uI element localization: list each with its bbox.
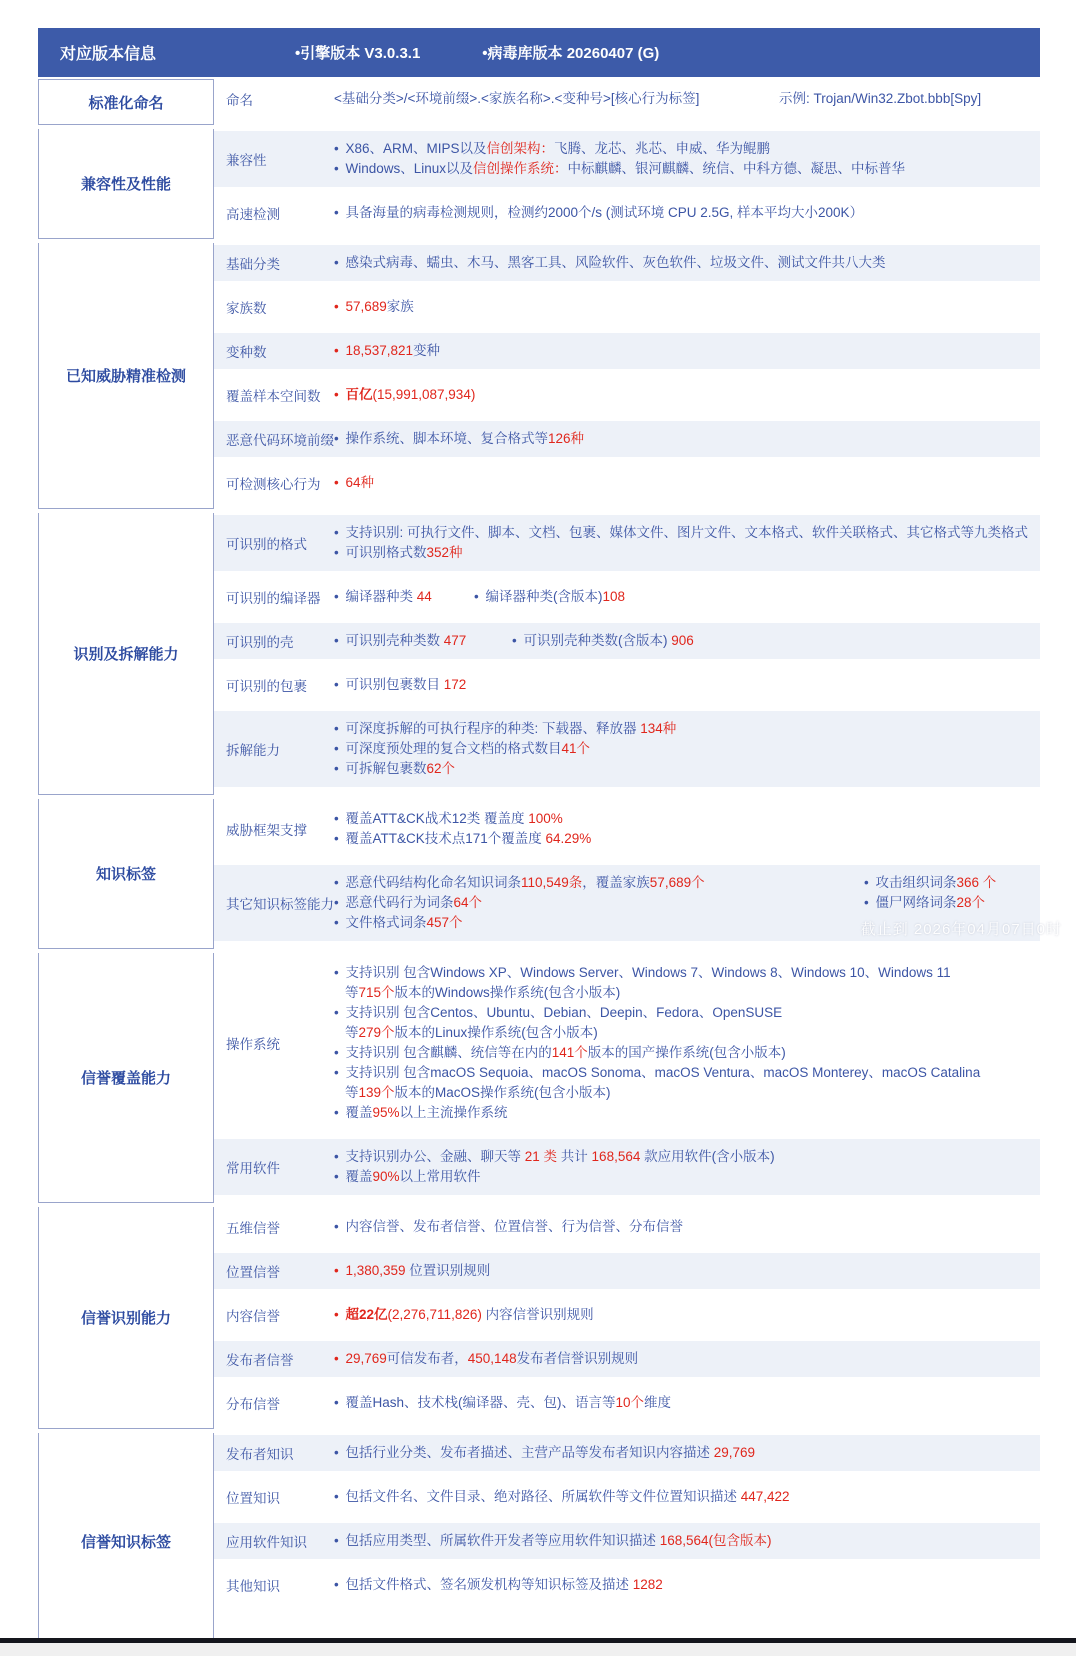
- spec-row: 位置知识• 包括文件名、文件目录、绝对路径、所属软件等文件位置知识描述 447,…: [214, 1479, 1040, 1515]
- bullet-icon: •: [864, 895, 872, 910]
- spec-line: • 可拆解包裹数62个: [334, 759, 1040, 779]
- spec-item: • 支持识别 包含macOS Sequoia、macOS Sonoma、macO…: [334, 1063, 980, 1083]
- text-segment: 操作系统、脚本环境、复合格式等: [345, 431, 548, 446]
- text-segment: 攻击组织词条: [875, 875, 956, 890]
- bullet-icon: •: [512, 633, 520, 648]
- spec-line: • 内容信誉、发布者信誉、位置信誉、行为信誉、分布信誉: [334, 1217, 1040, 1237]
- text-segment: 支持识别办公、金融、聊天等: [345, 1149, 524, 1164]
- row-label: 五维信誉: [214, 1217, 334, 1237]
- row-label: 可识别的包裹: [214, 675, 334, 695]
- bullet-icon: •: [334, 589, 342, 604]
- bullet-icon: •: [334, 1105, 342, 1120]
- section-rows: 操作系统• 支持识别 包含Windows XP、Windows Server、W…: [214, 953, 1040, 1203]
- text-segment: 内容信誉、发布者信誉、位置信誉、行为信誉、分布信誉: [345, 1219, 683, 1234]
- section-label: 标准化命名: [38, 79, 214, 125]
- spec-row: 其他知识• 包括文件格式、签名颁发机构等知识标签及描述 1282: [214, 1567, 1040, 1603]
- text-segment: 可识别格式数: [345, 545, 426, 560]
- row-content: • 感染式病毒、蠕虫、木马、黑客工具、风险软件、灰色软件、垃圾文件、测试文件共八…: [334, 253, 1040, 273]
- text-segment: 64.29%: [546, 831, 592, 846]
- row-content: • 18,537,821变种: [334, 341, 1040, 361]
- text-segment: 版本的Windows操作系统(包含小版本): [395, 985, 621, 1000]
- text-segment: 僵尸网络词条: [875, 895, 956, 910]
- spec-item: 等715个版本的Windows操作系统(包含小版本): [334, 983, 620, 1003]
- row-content: • 百亿(15,991,087,934): [334, 385, 1040, 405]
- text-segment: 包括应用类型、所属软件开发者等应用软件知识描述: [345, 1533, 659, 1548]
- text-segment: 168,564: [592, 1149, 641, 1164]
- spec-item: • 覆盖Hash、技术栈(编译器、壳、包)、语言等10个维度: [334, 1393, 671, 1413]
- spec-item: 示例: Trojan/Win32.Zbot.bbb[Spy]: [779, 89, 981, 109]
- text-segment: 41个: [561, 741, 590, 756]
- section-知识标签: 知识标签威胁框架支撑• 覆盖ATT&CK战术12类 覆盖度 100%• 覆盖AT…: [38, 797, 1040, 951]
- spec-item: • 包括应用类型、所属软件开发者等应用软件知识描述 168,564(包含版本): [334, 1531, 772, 1551]
- spec-line: • 包括文件格式、签名颁发机构等知识标签及描述 1282: [334, 1575, 1040, 1595]
- text-segment: 恶意代码行为词条: [345, 895, 453, 910]
- text-segment: 90%: [372, 1169, 399, 1184]
- bullet-icon: •: [334, 141, 342, 156]
- text-segment: 支持识别: 可执行文件、脚本、文档、包裹、媒体文件、图片文件、文本格式、软件关联…: [345, 525, 1028, 540]
- spec-line: • 恶意代码行为词条64个• 僵尸网络词条28个: [334, 893, 1040, 913]
- spec-row: 其它知识标签能力• 恶意代码结构化命名知识词条110,549条，覆盖家族57,6…: [214, 865, 1040, 941]
- spec-line: 等279个版本的Linux操作系统(包含小版本): [334, 1023, 1040, 1043]
- text-segment: 包括文件格式、签名颁发机构等知识标签及描述: [345, 1577, 632, 1592]
- row-label: 可识别的编译器: [214, 587, 334, 607]
- bullet-icon: •: [864, 875, 872, 890]
- text-segment: 信创架构：: [487, 141, 555, 156]
- text-segment: 覆盖Hash、技术栈(编译器、壳、包)、语言等: [345, 1395, 615, 1410]
- text-segment: 飞腾、龙芯、兆芯、申威、华为鲲鹏: [554, 141, 770, 156]
- text-segment: 64种: [345, 475, 374, 490]
- bullet-icon: •: [334, 387, 342, 402]
- section-rows: 命名<基础分类>/<环境前缀>.<家族名称>.<变种号>[核心行为标签]示例: …: [214, 79, 1040, 125]
- row-content: • 支持识别办公、金融、聊天等 21 类 共计 168,564 款应用软件(含小…: [334, 1147, 1040, 1187]
- spec-row: 命名<基础分类>/<环境前缀>.<家族名称>.<变种号>[核心行为标签]示例: …: [214, 81, 1040, 117]
- spec-row: 五维信誉• 内容信誉、发布者信誉、位置信誉、行为信誉、分布信誉: [214, 1209, 1040, 1245]
- text-segment: 366 个: [956, 875, 996, 890]
- text-segment: 110,549条: [521, 875, 582, 890]
- spec-row: 可识别的格式• 支持识别: 可执行文件、脚本、文档、包裹、媒体文件、图片文件、文…: [214, 515, 1040, 571]
- spec-table-body: 标准化命名命名<基础分类>/<环境前缀>.<家族名称>.<变种号>[核心行为标签…: [38, 77, 1040, 1653]
- spec-line: • 支持识别 包含Windows XP、Windows Server、Windo…: [334, 963, 1040, 983]
- section-信誉知识标签: 信誉知识标签发布者知识• 包括行业分类、发布者描述、主营产品等发布者知识内容描述…: [38, 1431, 1040, 1653]
- text-segment: 可识别壳种类数: [345, 633, 443, 648]
- spec-line: • 超22亿(2,276,711,826) 内容信誉识别规则: [334, 1305, 1040, 1325]
- virusdb-version-label: •病毒库版本 20260407 (G): [482, 42, 659, 63]
- bullet-icon: •: [334, 1307, 342, 1322]
- text-segment: 位置识别规则: [406, 1263, 491, 1278]
- bullet-icon: •: [334, 1533, 342, 1548]
- text-segment: 共计: [557, 1149, 592, 1164]
- spec-row: 可检测核心行为• 64种: [214, 465, 1040, 501]
- text-segment: 包括行业分类、发布者描述、主营产品等发布者知识内容描述: [345, 1445, 713, 1460]
- text-segment: 编译器种类: [345, 589, 416, 604]
- text-segment: 覆盖ATT&CK技术点171个覆盖度: [345, 831, 545, 846]
- spec-line: • 覆盖ATT&CK技术点171个覆盖度 64.29%: [334, 829, 1040, 849]
- bullet-icon: •: [334, 831, 342, 846]
- text-segment: 版本的Linux操作系统(包含小版本): [395, 1025, 598, 1040]
- spec-item: • 29,769可信发布者，450,148发布者信誉识别规则: [334, 1349, 638, 1369]
- spec-row: 高速检测• 具备海量的病毒检测规则，检测约2000个/s (测试环境 CPU 2…: [214, 195, 1040, 231]
- text-segment: 可识别包裹数目: [345, 677, 443, 692]
- bullet-icon: •: [334, 1489, 342, 1504]
- spec-line: • 64种: [334, 473, 1040, 493]
- spec-row: 发布者知识• 包括行业分类、发布者描述、主营产品等发布者知识内容描述 29,76…: [214, 1435, 1040, 1471]
- section-label: 识别及拆解能力: [38, 513, 214, 795]
- text-segment: 感染式病毒、蠕虫、木马、黑客工具、风险软件、灰色软件、垃圾文件、测试文件共八大类: [345, 255, 885, 270]
- row-content: <基础分类>/<环境前缀>.<家族名称>.<变种号>[核心行为标签]示例: Tr…: [334, 89, 1040, 109]
- version-header: 对应版本信息 •引擎版本 V3.0.3.1 •病毒库版本 20260407 (G…: [38, 28, 1040, 77]
- bullet-icon: •: [474, 589, 482, 604]
- spec-line: • 恶意代码结构化命名知识词条110,549条，覆盖家族57,689个• 攻击组…: [334, 873, 1040, 893]
- text-segment: 可识别壳种类数(含版本): [523, 633, 671, 648]
- text-segment: 1282: [633, 1577, 663, 1592]
- row-content: • 超22亿(2,276,711,826) 内容信誉识别规则: [334, 1305, 1040, 1325]
- row-label: 拆解能力: [214, 739, 334, 759]
- text-segment: 57,689: [345, 299, 386, 314]
- row-label: 高速检测: [214, 203, 334, 223]
- spec-row: 威胁框架支撑• 覆盖ATT&CK战术12类 覆盖度 100%• 覆盖ATT&CK…: [214, 801, 1040, 857]
- text-segment: 29,769: [714, 1445, 755, 1460]
- spec-line: • 可识别包裹数目 172: [334, 675, 1040, 695]
- text-segment: 恶意代码结构化命名知识词条: [345, 875, 521, 890]
- row-content: • 支持识别: 可执行文件、脚本、文档、包裹、媒体文件、图片文件、文本格式、软件…: [334, 523, 1040, 563]
- row-content: • 操作系统、脚本环境、复合格式等126种: [334, 429, 1040, 449]
- text-segment: 715个: [359, 985, 395, 1000]
- text-segment: 以上主流操作系统: [400, 1105, 508, 1120]
- spec-row: 恶意代码环境前缀• 操作系统、脚本环境、复合格式等126种: [214, 421, 1040, 457]
- spec-item: • 18,537,821变种: [334, 341, 440, 361]
- spec-item: 等279个版本的Linux操作系统(包含小版本): [334, 1023, 598, 1043]
- text-segment: 变种: [413, 343, 440, 358]
- section-信誉识别能力: 信誉识别能力五维信誉• 内容信誉、发布者信誉、位置信誉、行为信誉、分布信誉位置信…: [38, 1205, 1040, 1431]
- text-segment: 1,380,359: [345, 1263, 405, 1278]
- text-segment: 可深度拆解的可执行程序的种类: 下载器、释放器: [345, 721, 640, 736]
- spec-item: • 支持识别办公、金融、聊天等 21 类 共计 168,564 款应用软件(含小…: [334, 1147, 775, 1167]
- section-rows: 可识别的格式• 支持识别: 可执行文件、脚本、文档、包裹、媒体文件、图片文件、文…: [214, 513, 1040, 795]
- section-rows: 五维信誉• 内容信誉、发布者信誉、位置信誉、行为信誉、分布信誉位置信誉• 1,3…: [214, 1207, 1040, 1429]
- row-label: 应用软件知识: [214, 1531, 334, 1551]
- section-兼容性及性能: 兼容性及性能兼容性• X86、ARM、MIPS以及信创架构：飞腾、龙芯、兆芯、申…: [38, 127, 1040, 241]
- row-content: • 可识别壳种类数 477• 可识别壳种类数(含版本) 906: [334, 631, 1040, 651]
- spec-line: • 覆盖95%以上主流操作系统: [334, 1103, 1040, 1123]
- footer-gray-strip: [0, 1643, 1076, 1656]
- text-segment: 文件格式词条: [345, 915, 426, 930]
- spec-item: • 可识别壳种类数(含版本) 906: [512, 631, 694, 651]
- text-segment: ，覆盖家族: [582, 875, 650, 890]
- spec-item: • 支持识别 包含麒麟、统信等在内的141个版本的国产操作系统(包含小版本): [334, 1043, 786, 1063]
- row-label: 命名: [214, 89, 334, 109]
- text-segment: 447,422: [741, 1489, 790, 1504]
- spec-item: • 可深度预处理的复合文档的格式数目41个: [334, 739, 590, 759]
- spec-item: • 可识别格式数352种: [334, 543, 463, 563]
- spec-line: • 百亿(15,991,087,934): [334, 385, 1040, 405]
- row-content: • 支持识别 包含Windows XP、Windows Server、Windo…: [334, 963, 1040, 1123]
- bullet-icon: •: [334, 1445, 342, 1460]
- text-segment: 906: [671, 633, 694, 648]
- section-label: 知识标签: [38, 799, 214, 949]
- spec-item: • Windows、Linux以及信创操作系统：中标麒麟、银河麒麟、统信、中科方…: [334, 159, 905, 179]
- spec-item: • 可深度拆解的可执行程序的种类: 下载器、释放器 134种: [334, 719, 676, 739]
- bullet-icon: •: [334, 811, 342, 826]
- bullet-icon: •: [334, 1395, 342, 1410]
- text-segment: 版本的MacOS操作系统(包含小版本): [395, 1085, 611, 1100]
- spec-item: • 包括文件名、文件目录、绝对路径、所属软件等文件位置知识描述 447,422: [334, 1487, 790, 1507]
- bullet-icon: •: [334, 299, 342, 314]
- spec-row: 发布者信誉• 29,769可信发布者，450,148发布者信誉识别规则: [214, 1341, 1040, 1377]
- row-content: • 包括文件名、文件目录、绝对路径、所属软件等文件位置知识描述 447,422: [334, 1487, 1040, 1507]
- text-segment: <基础分类>/<环境前缀>.<家族名称>.<变种号>[核心行为标签]: [334, 91, 699, 106]
- row-content: • 包括文件格式、签名颁发机构等知识标签及描述 1282: [334, 1575, 1040, 1595]
- row-content: • 1,380,359 位置识别规则: [334, 1261, 1040, 1281]
- row-content: • 内容信誉、发布者信誉、位置信誉、行为信誉、分布信誉: [334, 1217, 1040, 1237]
- engine-version-label: •引擎版本 V3.0.3.1: [295, 42, 420, 63]
- text-segment: 覆盖ATT&CK战术12类 覆盖度: [345, 811, 528, 826]
- spec-line: • 可深度预处理的复合文档的格式数目41个: [334, 739, 1040, 759]
- spec-item: • 内容信誉、发布者信誉、位置信誉、行为信誉、分布信誉: [334, 1217, 683, 1237]
- spec-item: • 1,380,359 位置识别规则: [334, 1261, 490, 1281]
- spec-item: • 支持识别 包含Windows XP、Windows Server、Windo…: [334, 963, 951, 983]
- text-segment: 等: [345, 1025, 359, 1040]
- row-label: 基础分类: [214, 253, 334, 273]
- bullet-icon: •: [334, 525, 342, 540]
- text-segment: 279个: [359, 1025, 395, 1040]
- bullet-icon: •: [334, 431, 342, 446]
- spec-table: 对应版本信息 •引擎版本 V3.0.3.1 •病毒库版本 20260407 (G…: [38, 28, 1040, 1653]
- bullet-icon: •: [334, 343, 342, 358]
- spec-row: 应用软件知识• 包括应用类型、所属软件开发者等应用软件知识描述 168,564(…: [214, 1523, 1040, 1559]
- text-segment: 139个: [359, 1085, 395, 1100]
- bullet-icon: •: [334, 1149, 342, 1164]
- spec-row: 拆解能力• 可深度拆解的可执行程序的种类: 下载器、释放器 134种• 可深度预…: [214, 711, 1040, 787]
- bullet-icon: •: [334, 1065, 342, 1080]
- text-segment: 95%: [372, 1105, 399, 1120]
- text-segment: 168,564(包含版本): [660, 1533, 772, 1548]
- text-segment: 包括文件名、文件目录、绝对路径、所属软件等文件位置知识描述: [345, 1489, 740, 1504]
- spec-line: • 支持识别 包含Centos、Ubuntu、Debian、Deepin、Fed…: [334, 1003, 1040, 1023]
- section-识别及拆解能力: 识别及拆解能力可识别的格式• 支持识别: 可执行文件、脚本、文档、包裹、媒体文件…: [38, 511, 1040, 797]
- row-label: 分布信誉: [214, 1393, 334, 1413]
- spec-line: • 覆盖90%以上常用软件: [334, 1167, 1040, 1187]
- row-label: 覆盖样本空间数: [214, 385, 334, 405]
- row-label: 操作系统: [214, 1033, 334, 1053]
- spec-item: • 包括文件格式、签名颁发机构等知识标签及描述 1282: [334, 1575, 663, 1595]
- row-content: • 包括行业分类、发布者描述、主营产品等发布者知识内容描述 29,769: [334, 1443, 1040, 1463]
- text-segment: 支持识别 包含麒麟、统信等在内的: [345, 1045, 551, 1060]
- spec-line: • 具备海量的病毒检测规则，检测约2000个/s (测试环境 CPU 2.5G,…: [334, 203, 1040, 223]
- text-segment: 457个: [426, 915, 462, 930]
- text-segment: 352种: [426, 545, 462, 560]
- watermark-text: 截止到 2026年04月07日0时: [861, 918, 1062, 939]
- spec-line: • 包括文件名、文件目录、绝对路径、所属软件等文件位置知识描述 447,422: [334, 1487, 1040, 1507]
- spec-line: • 包括应用类型、所属软件开发者等应用软件知识描述 168,564(包含版本): [334, 1531, 1040, 1551]
- section-rows: 发布者知识• 包括行业分类、发布者描述、主营产品等发布者知识内容描述 29,76…: [214, 1433, 1040, 1651]
- text-segment: Windows、Linux以及: [345, 161, 473, 176]
- section-label: 兼容性及性能: [38, 129, 214, 239]
- bullet-icon: •: [334, 161, 342, 176]
- text-segment: (15,991,087,934): [372, 387, 475, 402]
- text-segment: 100%: [528, 811, 563, 826]
- row-label: 可检测核心行为: [214, 473, 334, 493]
- row-content: • 29,769可信发布者，450,148发布者信誉识别规则: [334, 1349, 1040, 1369]
- text-segment: 10个: [616, 1395, 645, 1410]
- bullet-icon: •: [334, 721, 342, 736]
- spec-row: 内容信誉• 超22亿(2,276,711,826) 内容信誉识别规则: [214, 1297, 1040, 1333]
- row-content: • 可深度拆解的可执行程序的种类: 下载器、释放器 134种• 可深度预处理的复…: [334, 719, 1040, 779]
- spec-line: • 1,380,359 位置识别规则: [334, 1261, 1040, 1281]
- text-segment: 等: [345, 1085, 359, 1100]
- spec-item: • 57,689家族: [334, 297, 414, 317]
- spec-line: • 操作系统、脚本环境、复合格式等126种: [334, 429, 1040, 449]
- row-label: 兼容性: [214, 149, 334, 169]
- text-segment: 可信发布者，: [387, 1351, 468, 1366]
- section-rows: 基础分类• 感染式病毒、蠕虫、木马、黑客工具、风险软件、灰色软件、垃圾文件、测试…: [214, 243, 1040, 509]
- spec-line: <基础分类>/<环境前缀>.<家族名称>.<变种号>[核心行为标签]示例: Tr…: [334, 89, 1040, 109]
- section-已知威胁精准检测: 已知威胁精准检测基础分类• 感染式病毒、蠕虫、木马、黑客工具、风险软件、灰色软件…: [38, 241, 1040, 511]
- section-rows: 威胁框架支撑• 覆盖ATT&CK战术12类 覆盖度 100%• 覆盖ATT&CK…: [214, 799, 1040, 949]
- spec-item: • 覆盖ATT&CK技术点171个覆盖度 64.29%: [334, 829, 591, 849]
- spec-row: 基础分类• 感染式病毒、蠕虫、木马、黑客工具、风险软件、灰色软件、垃圾文件、测试…: [214, 245, 1040, 281]
- row-content: • 包括应用类型、所属软件开发者等应用软件知识描述 168,564(包含版本): [334, 1531, 1040, 1551]
- spec-line: • 可识别壳种类数 477• 可识别壳种类数(含版本) 906: [334, 631, 1040, 651]
- row-label: 内容信誉: [214, 1305, 334, 1325]
- spec-item: • 百亿(15,991,087,934): [334, 385, 475, 405]
- text-segment: 126种: [548, 431, 584, 446]
- spec-line: • 覆盖ATT&CK战术12类 覆盖度 100%: [334, 809, 1040, 829]
- spec-item: • 包括行业分类、发布者描述、主营产品等发布者知识内容描述 29,769: [334, 1443, 755, 1463]
- spec-item: • 恶意代码行为词条64个: [334, 893, 864, 913]
- text-segment: 可拆解包裹数: [345, 761, 426, 776]
- bullet-icon: •: [334, 677, 342, 692]
- text-segment: 款应用软件(含小版本): [640, 1149, 774, 1164]
- row-content: • 覆盖ATT&CK战术12类 覆盖度 100%• 覆盖ATT&CK技术点171…: [334, 809, 1040, 849]
- row-content: • 覆盖Hash、技术栈(编译器、壳、包)、语言等10个维度: [334, 1393, 1040, 1413]
- text-segment: 发布者信誉识别规则: [517, 1351, 639, 1366]
- text-segment: 覆盖: [345, 1169, 372, 1184]
- spec-item: • 覆盖90%以上常用软件: [334, 1167, 481, 1187]
- spec-item: • 可识别壳种类数 477: [334, 631, 512, 651]
- bullet-icon: •: [334, 545, 342, 560]
- spec-line: • 支持识别办公、金融、聊天等 21 类 共计 168,564 款应用软件(含小…: [334, 1147, 1040, 1167]
- bullet-icon: •: [334, 915, 342, 930]
- spec-item: • 恶意代码结构化命名知识词条110,549条，覆盖家族57,689个: [334, 873, 864, 893]
- spec-row: 可识别的编译器• 编译器种类 44• 编译器种类(含版本)108: [214, 579, 1040, 615]
- spec-item: • 可拆解包裹数62个: [334, 759, 455, 779]
- row-label: 变种数: [214, 341, 334, 361]
- text-segment: 支持识别 包含macOS Sequoia、macOS Sonoma、macOS …: [345, 1065, 980, 1080]
- text-segment: 超22亿: [345, 1307, 387, 1322]
- row-label: 恶意代码环境前缀: [214, 429, 334, 449]
- spec-row: 可识别的包裹• 可识别包裹数目 172: [214, 667, 1040, 703]
- text-segment: 可深度预处理的复合文档的格式数目: [345, 741, 561, 756]
- row-content: • 57,689家族: [334, 297, 1040, 317]
- spec-line: • 包括行业分类、发布者描述、主营产品等发布者知识内容描述 29,769: [334, 1443, 1040, 1463]
- spec-row: 分布信誉• 覆盖Hash、技术栈(编译器、壳、包)、语言等10个维度: [214, 1385, 1040, 1421]
- spec-item: • 具备海量的病毒检测规则，检测约2000个/s (测试环境 CPU 2.5G,…: [334, 203, 863, 223]
- spec-item: • 僵尸网络词条28个: [864, 893, 985, 913]
- text-segment: 支持识别 包含Windows XP、Windows Server、Windows…: [345, 965, 950, 980]
- row-content: • 可识别包裹数目 172: [334, 675, 1040, 695]
- bullet-icon: •: [334, 965, 342, 980]
- section-label: 信誉知识标签: [38, 1433, 214, 1651]
- text-segment: 维度: [644, 1395, 671, 1410]
- row-label: 发布者信誉: [214, 1349, 334, 1369]
- row-label: 发布者知识: [214, 1443, 334, 1463]
- text-segment: X86、ARM、MIPS以及: [345, 141, 486, 156]
- bullet-icon: •: [334, 1045, 342, 1060]
- text-segment: 172: [444, 677, 467, 692]
- text-segment: 64个: [453, 895, 482, 910]
- bullet-icon: •: [334, 1219, 342, 1234]
- row-content: • 64种: [334, 473, 1040, 493]
- section-label: 已知威胁精准检测: [38, 243, 214, 509]
- spec-row: 位置信誉• 1,380,359 位置识别规则: [214, 1253, 1040, 1289]
- spec-item: • 超22亿(2,276,711,826) 内容信誉识别规则: [334, 1305, 594, 1325]
- spec-line: 等715个版本的Windows操作系统(包含小版本): [334, 983, 1040, 1003]
- text-segment: 57,689个: [650, 875, 705, 890]
- text-segment: 450,148: [468, 1351, 517, 1366]
- bullet-icon: •: [334, 255, 342, 270]
- spec-line: • 支持识别 包含麒麟、统信等在内的141个版本的国产操作系统(包含小版本): [334, 1043, 1040, 1063]
- row-content: • 具备海量的病毒检测规则，检测约2000个/s (测试环境 CPU 2.5G,…: [334, 203, 1040, 223]
- bullet-icon: •: [334, 875, 342, 890]
- bullet-icon: •: [334, 895, 342, 910]
- bullet-icon: •: [334, 205, 342, 220]
- spec-item: • 可识别包裹数目 172: [334, 675, 466, 695]
- row-label: 位置信誉: [214, 1261, 334, 1281]
- section-rows: 兼容性• X86、ARM、MIPS以及信创架构：飞腾、龙芯、兆芯、申威、华为鲲鹏…: [214, 129, 1040, 239]
- row-label: 其他知识: [214, 1575, 334, 1595]
- text-segment: 以上常用软件: [400, 1169, 481, 1184]
- spec-line: • 编译器种类 44• 编译器种类(含版本)108: [334, 587, 1040, 607]
- row-label: 其它知识标签能力: [214, 893, 334, 913]
- text-segment: 18,537,821: [345, 343, 413, 358]
- spec-item: • 文件格式词条457个: [334, 913, 463, 933]
- text-segment: 62个: [426, 761, 455, 776]
- spec-item: • X86、ARM、MIPS以及信创架构：飞腾、龙芯、兆芯、申威、华为鲲鹏: [334, 139, 770, 159]
- bullet-icon: •: [334, 633, 342, 648]
- spec-line: • 感染式病毒、蠕虫、木马、黑客工具、风险软件、灰色软件、垃圾文件、测试文件共八…: [334, 253, 1040, 273]
- spec-item: • 操作系统、脚本环境、复合格式等126种: [334, 429, 584, 449]
- text-segment: 百亿: [345, 387, 372, 402]
- text-segment: 29,769: [345, 1351, 386, 1366]
- spec-line: • X86、ARM、MIPS以及信创架构：飞腾、龙芯、兆芯、申威、华为鲲鹏: [334, 139, 1040, 159]
- text-segment: 141个: [552, 1045, 588, 1060]
- row-label: 威胁框架支撑: [214, 819, 334, 839]
- spec-line: • 18,537,821变种: [334, 341, 1040, 361]
- spec-line: • Windows、Linux以及信创操作系统：中标麒麟、银河麒麟、统信、中科方…: [334, 159, 1040, 179]
- spec-item: • 64种: [334, 473, 374, 493]
- spec-item: 等139个版本的MacOS操作系统(包含小版本): [334, 1083, 611, 1103]
- spec-row: 常用软件• 支持识别办公、金融、聊天等 21 类 共计 168,564 款应用软…: [214, 1139, 1040, 1195]
- text-segment: 编译器种类(含版本): [485, 589, 602, 604]
- spec-line: • 支持识别 包含macOS Sequoia、macOS Sonoma、macO…: [334, 1063, 1040, 1083]
- text-segment: 内容信誉识别规则: [482, 1307, 594, 1322]
- bullet-icon: •: [334, 1169, 342, 1184]
- bullet-icon: •: [334, 1351, 342, 1366]
- row-label: 位置知识: [214, 1487, 334, 1507]
- bullet-icon: •: [334, 1263, 342, 1278]
- spec-line: • 可识别格式数352种: [334, 543, 1040, 563]
- bullet-icon: •: [334, 1005, 342, 1020]
- spec-row: 家族数• 57,689家族: [214, 289, 1040, 325]
- bullet-icon: •: [334, 741, 342, 756]
- spec-item: <基础分类>/<环境前缀>.<家族名称>.<变种号>[核心行为标签]: [334, 89, 779, 109]
- text-segment: 示例: Trojan/Win32.Zbot.bbb[Spy]: [779, 91, 981, 106]
- section-label: 信誉覆盖能力: [38, 953, 214, 1203]
- spec-item: • 覆盖ATT&CK战术12类 覆盖度 100%: [334, 809, 563, 829]
- section-标准化命名: 标准化命名命名<基础分类>/<环境前缀>.<家族名称>.<变种号>[核心行为标签…: [38, 77, 1040, 127]
- spec-item: • 攻击组织词条366 个: [864, 873, 996, 893]
- spec-row: 操作系统• 支持识别 包含Windows XP、Windows Server、W…: [214, 955, 1040, 1131]
